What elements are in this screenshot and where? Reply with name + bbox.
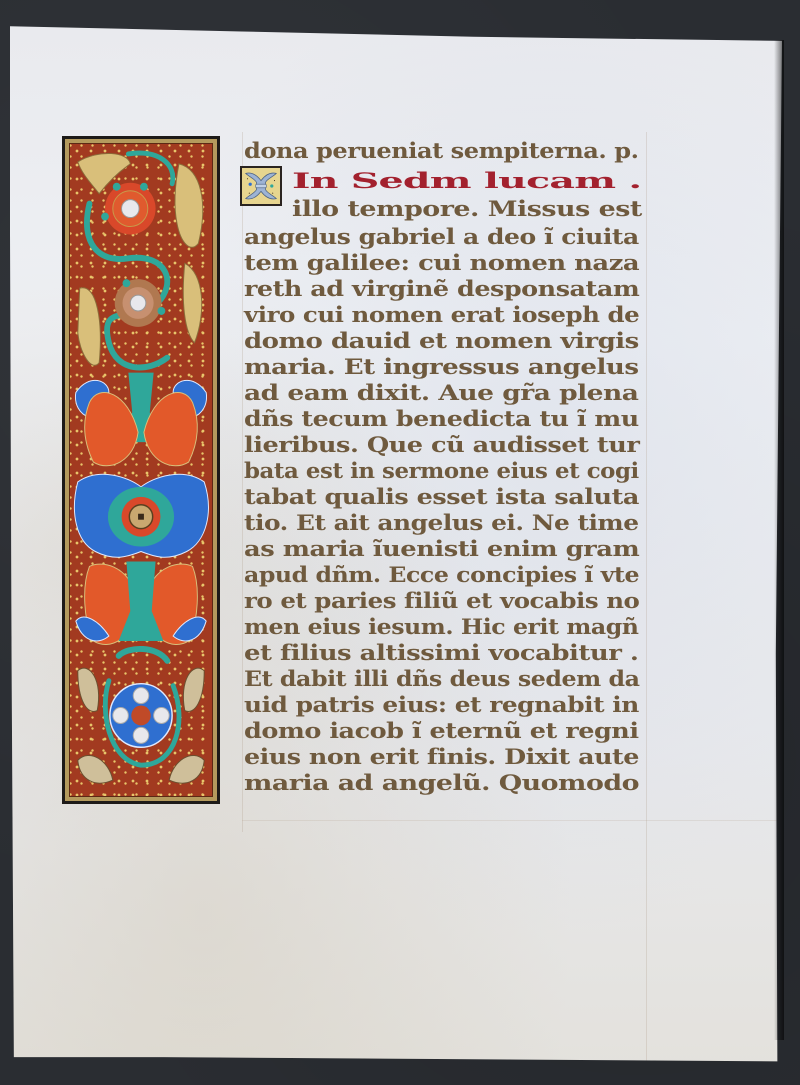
- text-line-6: reth ad virginẽ desponsatam: [244, 276, 639, 302]
- text-line-22: uid patris eius: et regnabit in: [244, 692, 639, 718]
- text-line-25: maria ad angelũ. Quomodo: [244, 770, 639, 796]
- leaf-edge-shadow: [774, 40, 784, 1040]
- text-line-1: dona perueniat sempiterna. p.: [244, 138, 639, 164]
- text-line-12: lieribus. Que cũ audisset tur: [244, 432, 639, 458]
- text-line-24: eius non erit finis. Dixit aute: [244, 744, 639, 770]
- text-line-13: bata est in sermone eius et cogi: [244, 458, 639, 484]
- text-line-10: ad eam dixit. Aue gr̃a plena: [244, 380, 638, 406]
- text-line-19: men eius iesum. Hic erit magñ: [244, 614, 639, 640]
- text-line-17: apud dñm. Ecce concipies ĩ vte: [244, 562, 639, 588]
- text-line-14: tabat qualis esset ista saluta: [244, 484, 639, 510]
- text-line-4: angelus gabriel a deo ĩ ciuita: [244, 224, 639, 250]
- illuminated-border-panel: [62, 136, 220, 804]
- text-line-11: dñs tecum benedicta tu ĩ mu: [244, 406, 639, 432]
- text-line-23: domo iacob ĩ eternũ et regni: [244, 718, 639, 744]
- initial-letter-i-icon: [242, 168, 280, 204]
- illuminated-initial-i: [240, 166, 282, 206]
- text-line-20: et filius altissimi vocabitur .: [244, 640, 638, 666]
- text-line-7: viro cui nomen erat ioseph de: [244, 302, 639, 328]
- text-line-5: tem galilee: cui nomen naza: [244, 250, 639, 276]
- text-line-16: as maria ĩuenisti enim gram: [244, 536, 639, 562]
- text-line-9: maria. Et ingressus angelus: [244, 354, 639, 380]
- text-line-18: ro et paries filiũ et vocabis no: [244, 588, 639, 614]
- text-line-21: Et dabit illi dñs deus sedem da: [244, 666, 640, 692]
- floral-ornament-icon: [70, 144, 212, 796]
- text-line-15: tio. Et ait angelus ei. Ne time: [244, 510, 639, 536]
- ruling-line-left: [242, 132, 243, 832]
- border-red-ground: [69, 143, 213, 797]
- text-line-8: domo dauid et nomen virgis: [244, 328, 639, 354]
- ruling-line-bottom: [242, 820, 782, 821]
- ruling-line-right: [646, 132, 647, 1072]
- rubric-line-gospel-heading: In Sedm lucam .: [292, 168, 641, 194]
- text-line-3: illo tempore. Missus est: [292, 196, 642, 222]
